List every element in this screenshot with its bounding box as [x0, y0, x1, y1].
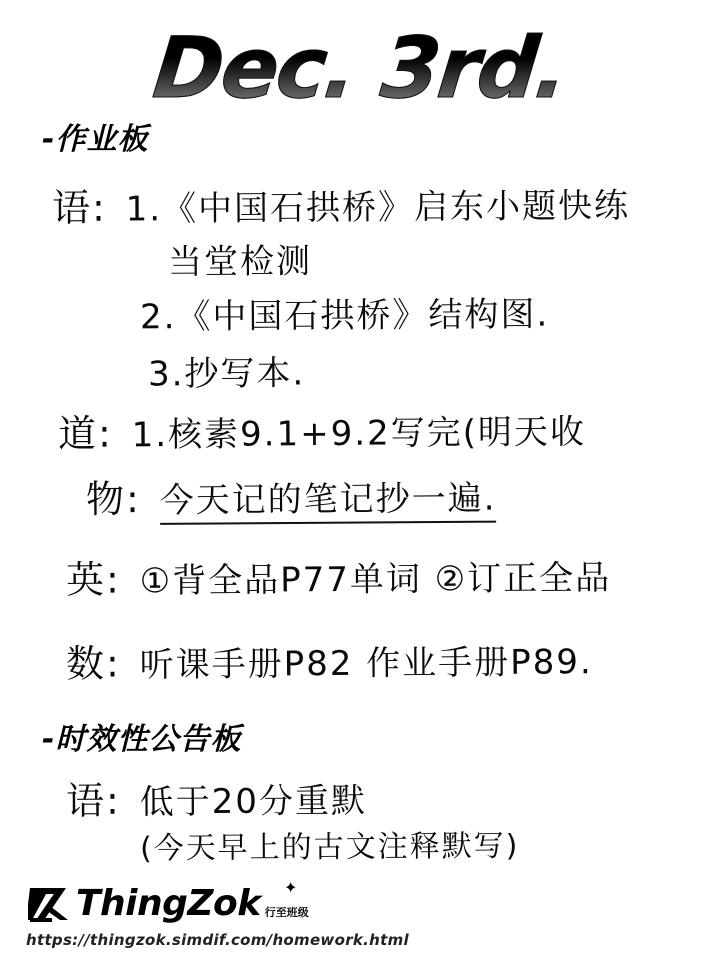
- sparkle-star-icon: ✦: [284, 878, 297, 897]
- notice-entry-chinese: 语: 低于20分重默: [66, 777, 367, 825]
- entry-text: 3.抄写本.: [148, 353, 306, 394]
- tzk-logo-icon: [28, 884, 70, 924]
- entry-text: 1.核素9.1+9.2写完(明天收: [131, 412, 586, 455]
- subject-label: 物:: [86, 477, 141, 521]
- brand-name: ThingZok: [76, 884, 261, 924]
- homework-entry-chinese-cont: 当堂检测: [168, 239, 312, 284]
- homework-entry-politics: 道: 1.核素9.1+9.2写完(明天收: [58, 408, 586, 458]
- homework-entry-chinese-3: 3.抄写本.: [148, 351, 306, 396]
- notice-board-heading: -时效性公告板: [42, 720, 241, 760]
- subject-label: 语:: [52, 186, 107, 230]
- homework-entry-chinese-2: 2.《中国石拱桥》结构图.: [140, 293, 550, 340]
- homework-entry-physics: 物: 今天记的笔记抄一遍.: [86, 475, 497, 524]
- entry-text: 今天记的笔记抄一遍.: [159, 479, 496, 525]
- entry-text: ①背全品P77单词 ②订正全品: [139, 558, 611, 601]
- notice-entry-chinese-note: (今天早上的古文注释默写): [140, 825, 520, 872]
- homework-board-heading: -作业板: [42, 120, 148, 160]
- homework-entry-english: 英: ①背全品P77单词 ②订正全品: [66, 554, 611, 604]
- subject-label: 道:: [58, 411, 113, 455]
- date-title: Dec. 3rd.: [0, 18, 720, 118]
- entry-text: 听课手册P82 作业手册P89.: [139, 642, 592, 685]
- brand-chinese-name: 行至班级: [265, 904, 309, 920]
- entry-text: 低于20分重默: [139, 781, 367, 823]
- subject-label: 数:: [66, 641, 121, 685]
- homework-entry-math: 数: 听课手册P82 作业手册P89.: [66, 638, 593, 688]
- homework-url-link[interactable]: https://thingzok.simdif.com/homework.htm…: [26, 931, 409, 949]
- homework-entry-chinese: 语: 1.《中国石拱桥》启东小题快练: [52, 182, 630, 232]
- entry-text: 2.《中国石拱桥》结构图.: [140, 295, 550, 338]
- entry-text: 当堂检测: [168, 241, 312, 282]
- subject-label: 语:: [66, 779, 121, 823]
- subject-label: 英:: [66, 558, 121, 602]
- brand: ThingZok 行至班级 ✦: [28, 884, 309, 924]
- entry-text: 1.《中国石拱桥》启东小题快练: [125, 186, 630, 230]
- entry-text: (今天早上的古文注释默写): [140, 829, 520, 867]
